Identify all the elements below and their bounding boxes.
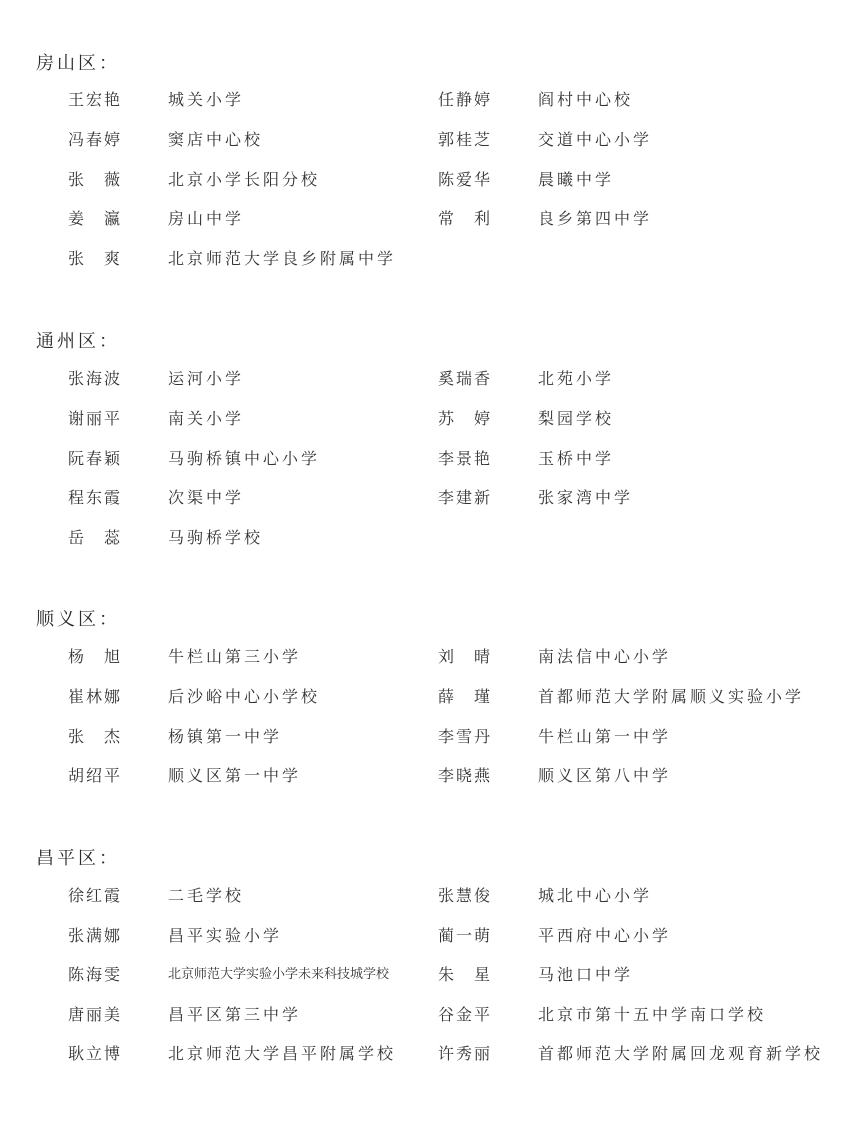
- teacher-name: 耿立博: [68, 1042, 138, 1066]
- teacher-name: 朱 星: [438, 963, 508, 987]
- teacher-name: 崔林娜: [68, 685, 138, 709]
- teacher-name: 薛 瑾: [438, 685, 508, 709]
- teacher-name: 王宏艳: [68, 88, 138, 112]
- school-name: 北京市第十五中学南口学校: [538, 1003, 766, 1027]
- district-title: 顺义区：: [36, 608, 120, 632]
- school-name: 昌平区第三中学: [168, 1003, 301, 1027]
- school-name: 昌平实验小学: [168, 924, 282, 948]
- teacher-name: 张 爽: [68, 247, 138, 271]
- teacher-name: 任静婷: [438, 88, 508, 112]
- teacher-name: 陈海雯: [68, 963, 138, 987]
- school-name: 晨曦中学: [538, 168, 614, 192]
- school-name: 顺义区第一中学: [168, 764, 301, 788]
- teacher-name: 李景艳: [438, 447, 508, 471]
- school-name: 运河小学: [168, 367, 244, 391]
- school-name: 城北中心小学: [538, 884, 652, 908]
- district-title: 昌平区：: [36, 847, 120, 871]
- school-name: 城关小学: [168, 88, 244, 112]
- teacher-name: 徐红霞: [68, 884, 138, 908]
- teacher-name: 姜 瀛: [68, 207, 138, 231]
- school-name: 交道中心小学: [538, 128, 652, 152]
- school-name: 阎村中心校: [538, 88, 633, 112]
- teacher-name: 阮春颖: [68, 447, 138, 471]
- school-name: 牛栏山第三小学: [168, 645, 301, 669]
- teacher-name: 唐丽美: [68, 1003, 138, 1027]
- school-name: 北苑小学: [538, 367, 614, 391]
- teacher-name: 张 杰: [68, 725, 138, 749]
- teacher-name: 许秀丽: [438, 1042, 508, 1066]
- school-name: 马驹桥学校: [168, 526, 263, 550]
- teacher-name: 李晓燕: [438, 764, 508, 788]
- school-name: 房山中学: [168, 207, 244, 231]
- school-name: 张家湾中学: [538, 486, 633, 510]
- school-name: 马池口中学: [538, 963, 633, 987]
- school-name: 二毛学校: [168, 884, 244, 908]
- school-name: 北京师范大学昌平附属学校: [168, 1042, 396, 1066]
- school-name: 梨园学校: [538, 407, 614, 431]
- teacher-name: 苏 婷: [438, 407, 508, 431]
- school-name: 杨镇第一中学: [168, 725, 282, 749]
- document-page: 房山区： 王宏艳 城关小学 任静婷 阎村中心校 冯春婷 窦店中心校 郭桂芝 交道…: [0, 0, 848, 1131]
- teacher-name: 谢丽平: [68, 407, 138, 431]
- teacher-name: 胡绍平: [68, 764, 138, 788]
- school-name: 玉桥中学: [538, 447, 614, 471]
- teacher-name: 张海波: [68, 367, 138, 391]
- school-name: 牛栏山第一中学: [538, 725, 671, 749]
- school-name: 北京师范大学良乡附属中学: [168, 247, 396, 271]
- school-name: 平西府中心小学: [538, 924, 671, 948]
- school-name: 次渠中学: [168, 486, 244, 510]
- school-name: 马驹桥镇中心小学: [168, 447, 320, 471]
- teacher-name: 冯春婷: [68, 128, 138, 152]
- teacher-name: 蔺一萌: [438, 924, 508, 948]
- school-name: 首都师范大学附属顺义实验小学: [538, 685, 804, 709]
- teacher-name: 奚瑞香: [438, 367, 508, 391]
- school-name: 后沙峪中心小学校: [168, 685, 320, 709]
- school-name: 良乡第四中学: [538, 207, 652, 231]
- district-title: 通州区：: [36, 330, 120, 354]
- teacher-name: 张满娜: [68, 924, 138, 948]
- teacher-name: 岳 蕊: [68, 526, 138, 550]
- school-name: 南法信中心小学: [538, 645, 671, 669]
- school-name: 北京小学长阳分校: [168, 168, 320, 192]
- school-name: 首都师范大学附属回龙观育新学校: [538, 1042, 823, 1066]
- district-title: 房山区：: [36, 52, 120, 76]
- teacher-name: 杨 旭: [68, 645, 138, 669]
- teacher-name: 陈爱华: [438, 168, 508, 192]
- teacher-name: 刘 晴: [438, 645, 508, 669]
- teacher-name: 李建新: [438, 486, 508, 510]
- school-name: 南关小学: [168, 407, 244, 431]
- teacher-name: 郭桂芝: [438, 128, 508, 152]
- teacher-name: 张慧俊: [438, 884, 508, 908]
- teacher-name: 张 薇: [68, 168, 138, 192]
- teacher-name: 谷金平: [438, 1003, 508, 1027]
- school-name: 顺义区第八中学: [538, 764, 671, 788]
- school-name: 窦店中心校: [168, 128, 263, 152]
- school-name: 北京师范大学实验小学未来科技城学校: [168, 963, 389, 987]
- teacher-name: 常 利: [438, 207, 508, 231]
- teacher-name: 程东霞: [68, 486, 138, 510]
- teacher-name: 李雪丹: [438, 725, 508, 749]
